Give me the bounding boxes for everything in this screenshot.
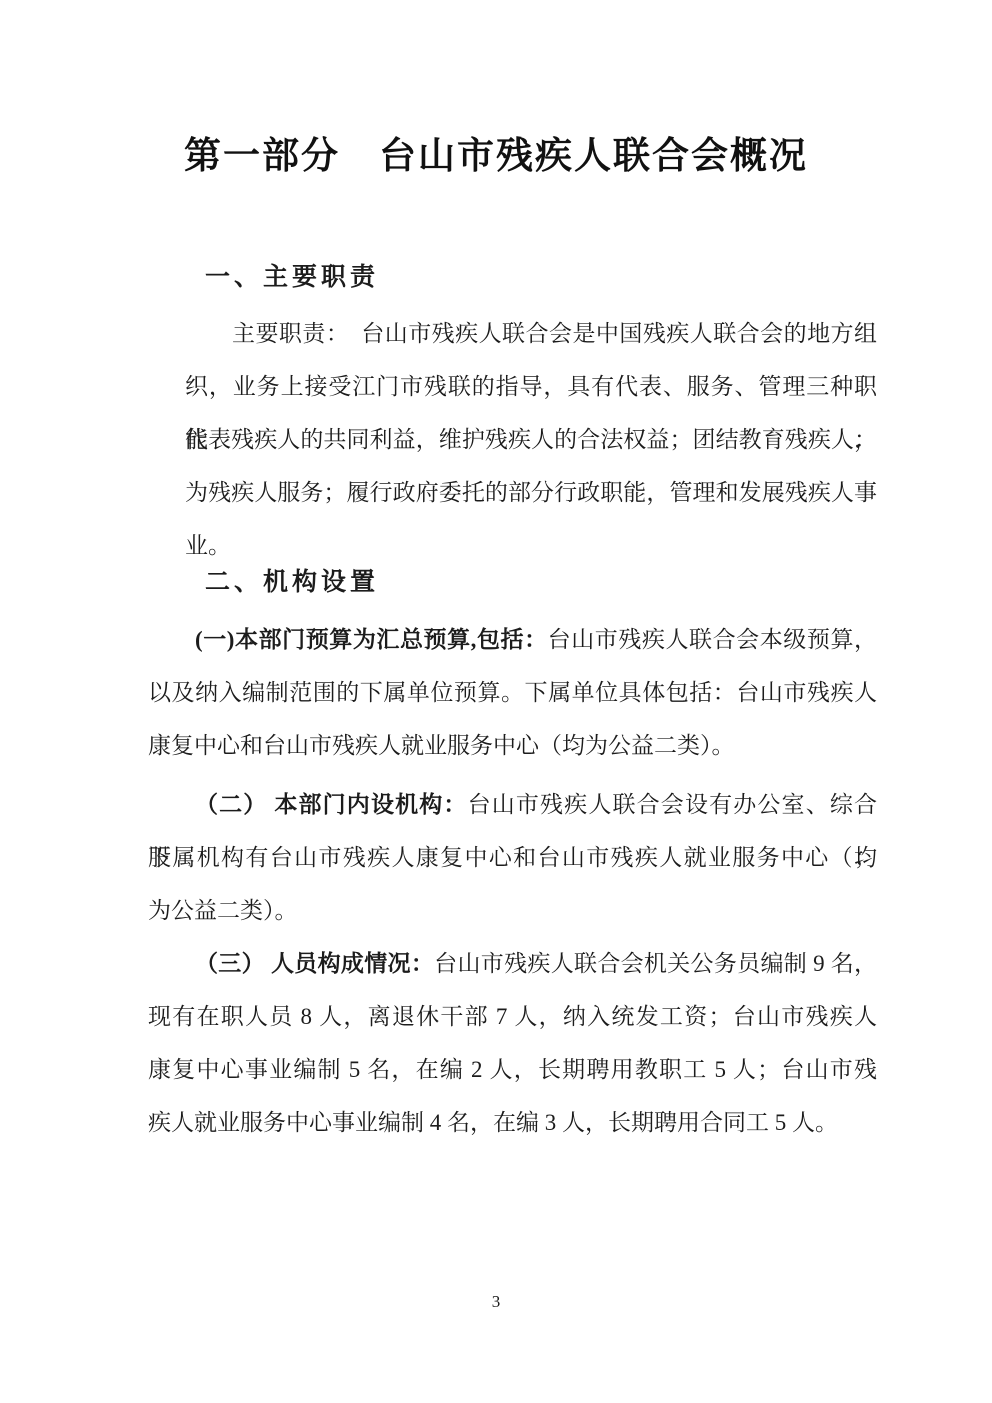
body-line: 康复中心事业编制 5 名，在编 2 人，长期聘用教职工 5 人；台山市残	[148, 1043, 877, 1096]
section-heading-main-duties: 一、主要职责	[205, 261, 379, 295]
body-line: 现有在职人员 8 人，离退休干部 7 人，纳入统发工资；台山市残疾人	[148, 990, 877, 1043]
body-line: 康复中心和台山市残疾人就业服务中心（均为公益二类）。	[148, 719, 877, 772]
page-number: 3	[0, 1292, 992, 1312]
item-lead-rest: 台山市残疾人联合会本级预算，	[548, 627, 877, 652]
body-line: 为公益二类）。	[148, 884, 877, 937]
item-lead-bold: （二） 本部门内设机构：	[195, 792, 468, 817]
body-line: 织，业务上接受江门市残联的指导，具有代表、服务、管理三种职能：	[185, 360, 877, 413]
paragraph-internal-structure: （二） 本部门内设机构：台山市残疾人联合会设有办公室、综合股； 下属机构有台山市…	[148, 778, 877, 937]
item-lead-bold: （三） 人员构成情况：	[195, 951, 434, 976]
body-line: 下属机构有台山市残疾人康复中心和台山市残疾人就业服务中心（均	[148, 831, 877, 884]
page-title: 第一部分 台山市残疾人联合会概况	[0, 130, 992, 182]
body-line: 疾人就业服务中心事业编制 4 名，在编 3 人，长期聘用合同工 5 人。	[148, 1096, 877, 1149]
body-line: 代表残疾人的共同利益，维护残疾人的合法权益；团结教育残疾人，	[185, 413, 877, 466]
item-lead-bold: (一)本部门预算为汇总预算,包括：	[195, 627, 548, 652]
body-line: 业。	[185, 519, 877, 572]
body-line: （二） 本部门内设机构：台山市残疾人联合会设有办公室、综合股；	[148, 778, 877, 831]
section-heading-organization: 二、机构设置	[205, 566, 379, 600]
paragraph-main-duties: 主要职责： 台山市残疾人联合会是中国残疾人联合会的地方组 织，业务上接受江门市残…	[185, 307, 877, 572]
paragraph-personnel: （三） 人员构成情况：台山市残疾人联合会机关公务员编制 9 名， 现有在职人员 …	[148, 937, 877, 1149]
paragraph-budget-scope: (一)本部门预算为汇总预算,包括：台山市残疾人联合会本级预算， 以及纳入编制范围…	[148, 613, 877, 772]
item-lead-rest: 台山市残疾人联合会机关公务员编制 9 名，	[434, 951, 877, 976]
body-line: 为残疾人服务；履行政府委托的部分行政职能，管理和发展残疾人事	[185, 466, 877, 519]
document-page: 第一部分 台山市残疾人联合会概况 一、主要职责 主要职责： 台山市残疾人联合会是…	[0, 0, 992, 1403]
body-line: 主要职责： 台山市残疾人联合会是中国残疾人联合会的地方组	[185, 307, 877, 360]
body-line: (一)本部门预算为汇总预算,包括：台山市残疾人联合会本级预算，	[148, 613, 877, 666]
body-line: 以及纳入编制范围的下属单位预算。下属单位具体包括：台山市残疾人	[148, 666, 877, 719]
body-line: （三） 人员构成情况：台山市残疾人联合会机关公务员编制 9 名，	[148, 937, 877, 990]
